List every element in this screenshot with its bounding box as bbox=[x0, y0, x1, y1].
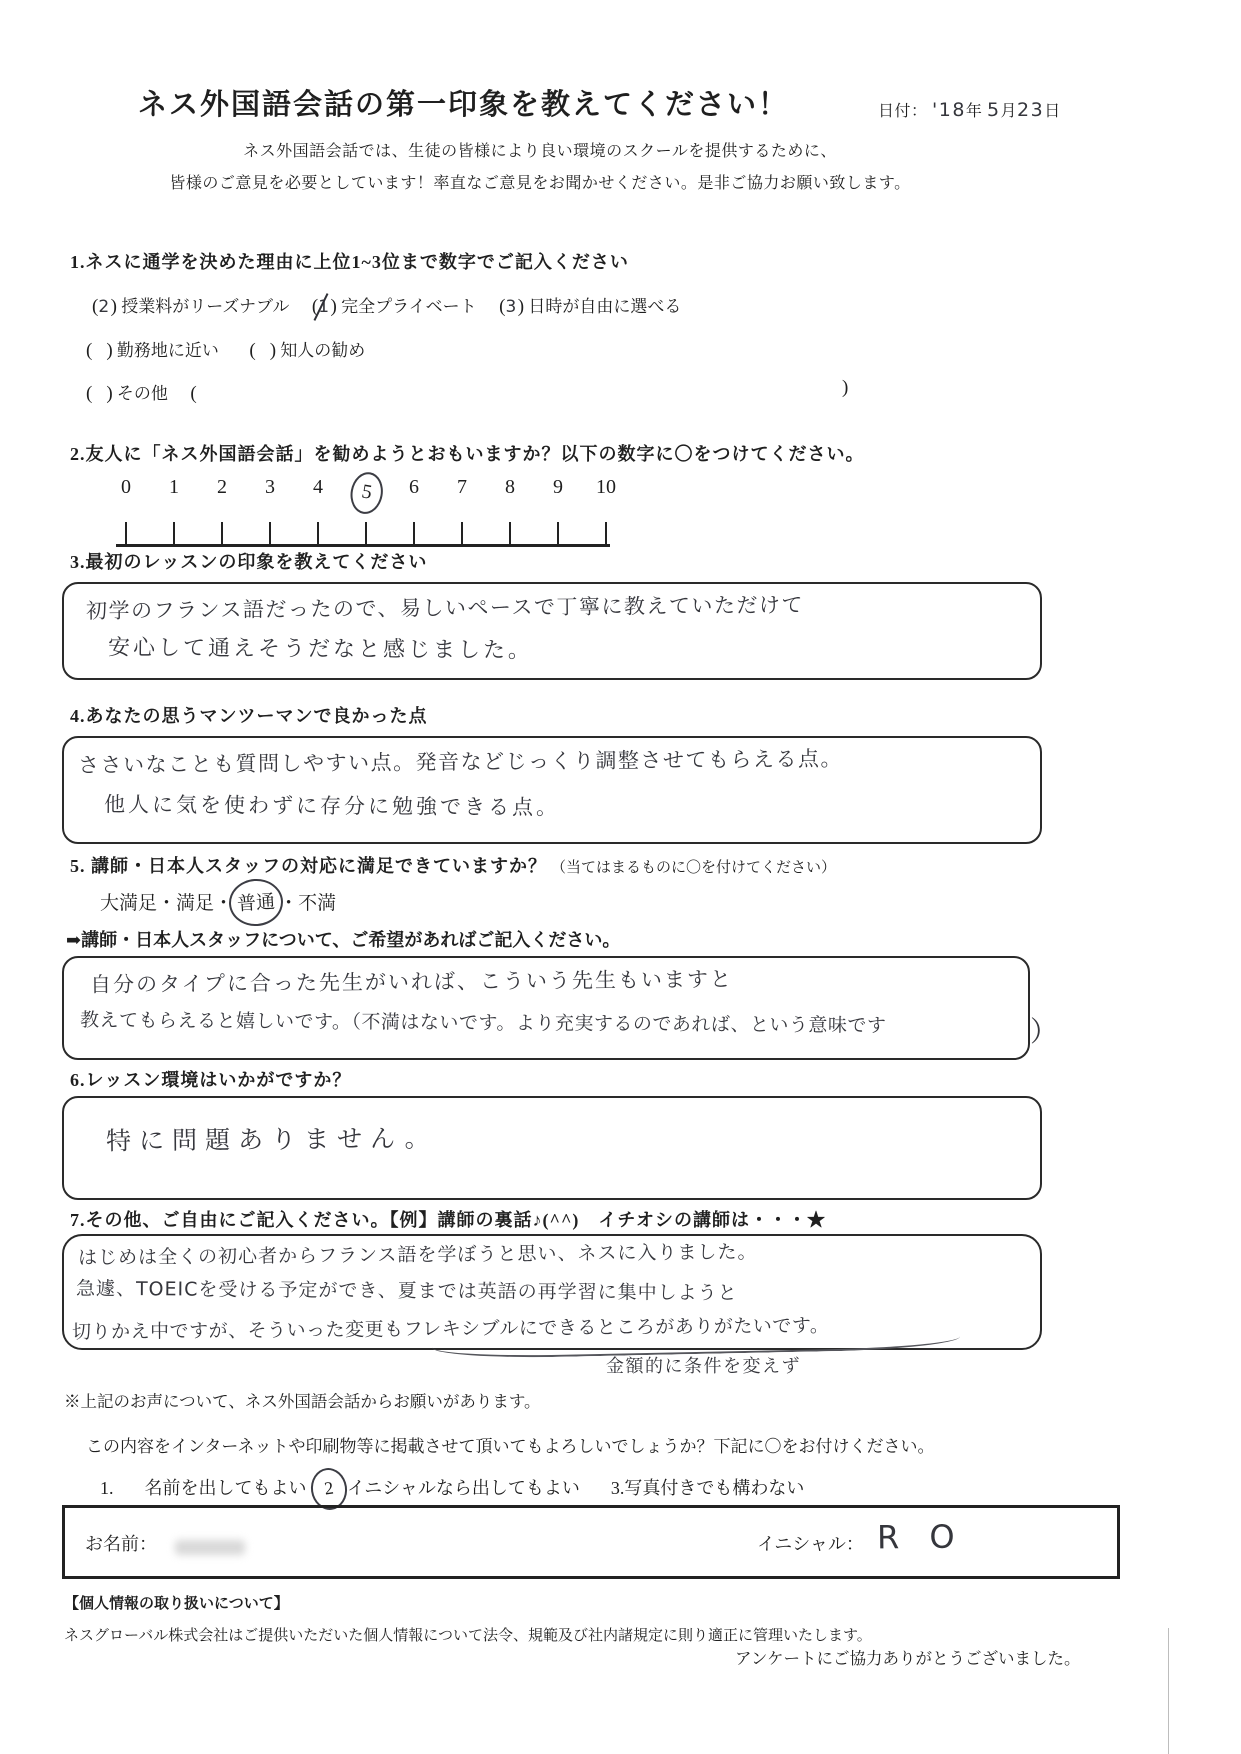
intro-line-1: ネス外国語会話では、生徒の皆様により良い環境のスクールを提供するために、 bbox=[155, 138, 925, 161]
publish-option-3-num: 3. bbox=[611, 1478, 625, 1498]
q5-option-fuman: 不満 bbox=[298, 893, 336, 914]
date-month-value: 5 bbox=[987, 99, 1001, 121]
scale-number-2: 2 bbox=[198, 476, 246, 518]
name-label: お名前： bbox=[85, 1530, 157, 1556]
date-day-value: 23 bbox=[1017, 99, 1044, 121]
date-label: 日付： bbox=[878, 103, 928, 120]
scale-tick bbox=[294, 518, 342, 544]
q1-rank-1: 2 bbox=[98, 297, 110, 317]
paren-close: ) bbox=[331, 296, 337, 317]
survey-page: ネス外国語会話の第一印象を教えてください！ 日付： '18年 5月23日 ネス外… bbox=[0, 0, 1241, 1754]
scale-tick bbox=[198, 518, 246, 544]
q1-options-row1: (2) 授業料がリーズナブル (1) 完全プライベート (3) 日時が自由に選べ… bbox=[92, 292, 681, 318]
q4-answer-line-2: 他人に気を使わずに存分に勉強できる点。 bbox=[104, 788, 560, 821]
q6-answer-line: 特に問題ありません。 bbox=[106, 1119, 438, 1158]
q1-other-label: その他 bbox=[117, 384, 168, 403]
selected-score-circle: 5 bbox=[347, 470, 386, 517]
privacy-heading: 【個人情報の取り扱いについて】 bbox=[64, 1592, 289, 1613]
q6-answer-box: 特に問題ありません。 bbox=[62, 1096, 1042, 1200]
publish-option-1-num: 1. bbox=[100, 1478, 114, 1498]
scale-tick bbox=[102, 518, 150, 544]
publish-option-3-label: 写真付きでも構わない bbox=[624, 1478, 804, 1498]
page-title: ネス外国語会話の第一印象を教えてください！ bbox=[138, 82, 789, 123]
scale-number-0: 0 bbox=[102, 476, 150, 518]
date-month-unit: 月 bbox=[1001, 103, 1018, 120]
q5-options-row: 大満足・満足・普通・不満 bbox=[100, 888, 336, 917]
q7-answer-line-2: 急遽、TOEICを受ける予定ができ、夏までは英語の再学習に集中しようと bbox=[76, 1274, 738, 1306]
q7-answer-line-1: はじめは全くの初心者からフランス語を学ぼうと思い、ネスに入りました。 bbox=[78, 1237, 758, 1270]
q4-heading: 4.あなたの思うマンツーマンで良かった点 bbox=[70, 702, 428, 728]
publish-option-1-label: 名前を出してもよい bbox=[145, 1478, 307, 1498]
q4-answer-line-1: ささいなことも質問しやすい点。発音などじっくり調整させてもらえる点。 bbox=[78, 743, 843, 780]
q3-answer-line-1: 初学のフランス語だったので、易しいペースで丁寧に教えていただけて bbox=[86, 589, 804, 625]
scan-artifact-line bbox=[1168, 1628, 1169, 1754]
thanks-text: アンケートにご協力ありがとうございました。 bbox=[735, 1645, 1081, 1669]
scale-tick bbox=[342, 518, 390, 544]
q1-option-label-5: 知人の勧め bbox=[280, 341, 365, 360]
privacy-text: ネスグローバル株式会社はご提供いただいた個人情報について法令、規範及び社内諸規定… bbox=[64, 1624, 872, 1645]
scale-number-8: 8 bbox=[486, 476, 534, 518]
q5-heading: 5. 講師・日本人スタッフの対応に満足できていますか？ bbox=[70, 856, 547, 876]
initial-label: イニシャル： bbox=[757, 1530, 864, 1556]
scale-number-5-selected: 5 bbox=[342, 476, 390, 518]
scale-baseline bbox=[116, 544, 610, 547]
paren-open: ( bbox=[86, 383, 92, 404]
scale-number-1: 1 bbox=[150, 476, 198, 518]
q5-answer-line-2: 教えてもらえると嬉しいです。（不満はないです。より充実するのであれば、という意味… bbox=[80, 1005, 887, 1038]
scale-tick bbox=[246, 518, 294, 544]
q1-heading: 1.ネスに通学を決めた理由に上位1~3位まで数字でご記入ください bbox=[70, 248, 629, 274]
q5-selected-option-circle: 普通 bbox=[227, 877, 284, 928]
date-year-value: '18 bbox=[932, 99, 966, 121]
paren-close: ) bbox=[518, 296, 524, 317]
scale-numbers: 0 1 2 3 4 5 6 7 8 9 10 bbox=[102, 476, 632, 518]
q2-heading: 2.友人に「ネス外国語会話」を勧めようとおもいますか？以下の数字に〇をつけてくだ… bbox=[70, 440, 865, 466]
q1-rank-2: 1 bbox=[318, 297, 330, 317]
paren-close: ) bbox=[106, 340, 112, 361]
q1-other-row: () その他 ( bbox=[86, 379, 197, 405]
paren-open: ( bbox=[249, 340, 255, 361]
q5-followup-label: ➡講師・日本人スタッフについて、ご希望があればご記入ください。 bbox=[66, 926, 620, 952]
publish-options-row: 1. 名前を出してもよい 2イニシャルなら出してもよい 3.写真付きでも構わない bbox=[100, 1474, 804, 1504]
publish-option-2-label: イニシャルなら出してもよい bbox=[347, 1478, 580, 1498]
q3-answer-line-2: 安心して通えそうだなと感じました。 bbox=[108, 631, 533, 665]
q5-answer-line-1: 自分のタイプに合った先生がいれば、こういう先生もいますと bbox=[90, 963, 733, 999]
scale-number-9: 9 bbox=[534, 476, 582, 518]
intro-line-2: 皆様のご意見を必要としています！率直なご意見をお聞かせください。是非ご協力お願い… bbox=[130, 170, 950, 193]
scale-tick bbox=[486, 518, 534, 544]
q1-option-label-2: 完全プライベート bbox=[341, 297, 477, 316]
date-year-unit: 年 bbox=[966, 103, 983, 120]
q1-other-close-paren: ) bbox=[842, 377, 848, 399]
paren-close: ) bbox=[111, 296, 117, 317]
redacted-name bbox=[175, 1540, 245, 1555]
scale-tick bbox=[438, 518, 486, 544]
q3-heading: 3.最初のレッスンの印象を教えてください bbox=[70, 548, 427, 574]
q6-heading: 6.レッスン環境はいかがですか？ bbox=[70, 1066, 351, 1092]
q1-rank-3: 3 bbox=[505, 297, 517, 317]
q1-option-label-1: 授業料がリーズナブル bbox=[121, 297, 289, 316]
scale-number-6: 6 bbox=[390, 476, 438, 518]
paren-open: ( bbox=[190, 383, 196, 404]
q5-heading-row: 5. 講師・日本人スタッフの対応に満足できていますか？ （当てはまるものに〇を付… bbox=[70, 852, 836, 878]
scale-ticks bbox=[102, 518, 632, 544]
q5-answer-close-paren: ） bbox=[1030, 1010, 1060, 1050]
q1-option-label-3: 日時が自由に選べる bbox=[528, 297, 681, 316]
publish-note: ※上記のお声について、ネス外国語会話からお願いがあります。 bbox=[64, 1388, 541, 1412]
initial-value: R O bbox=[877, 1518, 965, 1557]
q1-options-row2: () 勤務地に近い () 知人の勧め bbox=[86, 336, 365, 362]
q3-answer-box: 初学のフランス語だったので、易しいペースで丁寧に教えていただけて 安心して通えそ… bbox=[62, 582, 1042, 680]
scale-tick bbox=[582, 518, 630, 544]
scale-number-3: 3 bbox=[246, 476, 294, 518]
q5-option-daimanzoku: 大満足 bbox=[100, 893, 157, 914]
q5-heading-note: （当てはまるものに〇を付けてください） bbox=[551, 860, 836, 876]
name-box: お名前： イニシャル： R O bbox=[62, 1505, 1120, 1579]
date-field: 日付： '18年 5月23日 bbox=[878, 98, 1061, 121]
paren-close: ) bbox=[106, 383, 112, 404]
date-day-unit: 日 bbox=[1044, 103, 1061, 120]
scale-number-4: 4 bbox=[294, 476, 342, 518]
paren-open: ( bbox=[86, 340, 92, 361]
publish-question: この内容をインターネットや印刷物等に掲載させて頂いてもよろしいでしょうか？下記に… bbox=[86, 1432, 934, 1457]
scale-tick bbox=[390, 518, 438, 544]
q5-option-manzoku: 満足 bbox=[176, 893, 214, 914]
q7-annotation: 金額的に条件を変えず bbox=[606, 1352, 801, 1378]
scale-tick bbox=[150, 518, 198, 544]
q5-answer-box: 自分のタイプに合った先生がいれば、こういう先生もいますと 教えてもらえると嬉しい… bbox=[62, 956, 1030, 1060]
q5-option-futsuu: 普通 bbox=[236, 892, 275, 916]
scale-number-10: 10 bbox=[582, 476, 630, 518]
q2-scale: 0 1 2 3 4 5 6 7 8 9 10 bbox=[102, 476, 632, 547]
scale-tick bbox=[534, 518, 582, 544]
q1-option-label-4: 勤務地に近い bbox=[117, 341, 219, 360]
publish-option-2-num: 2 bbox=[323, 1477, 335, 1498]
paren-close: ) bbox=[270, 340, 276, 361]
q7-heading: 7.その他、ご自由にご記入ください。【例】講師の裏話♪(^^) イチオシの講師は… bbox=[70, 1206, 826, 1232]
option-separator: ・ bbox=[157, 893, 176, 914]
scale-number-7: 7 bbox=[438, 476, 486, 518]
q4-answer-box: ささいなことも質問しやすい点。発音などじっくり調整させてもらえる点。 他人に気を… bbox=[62, 736, 1042, 844]
